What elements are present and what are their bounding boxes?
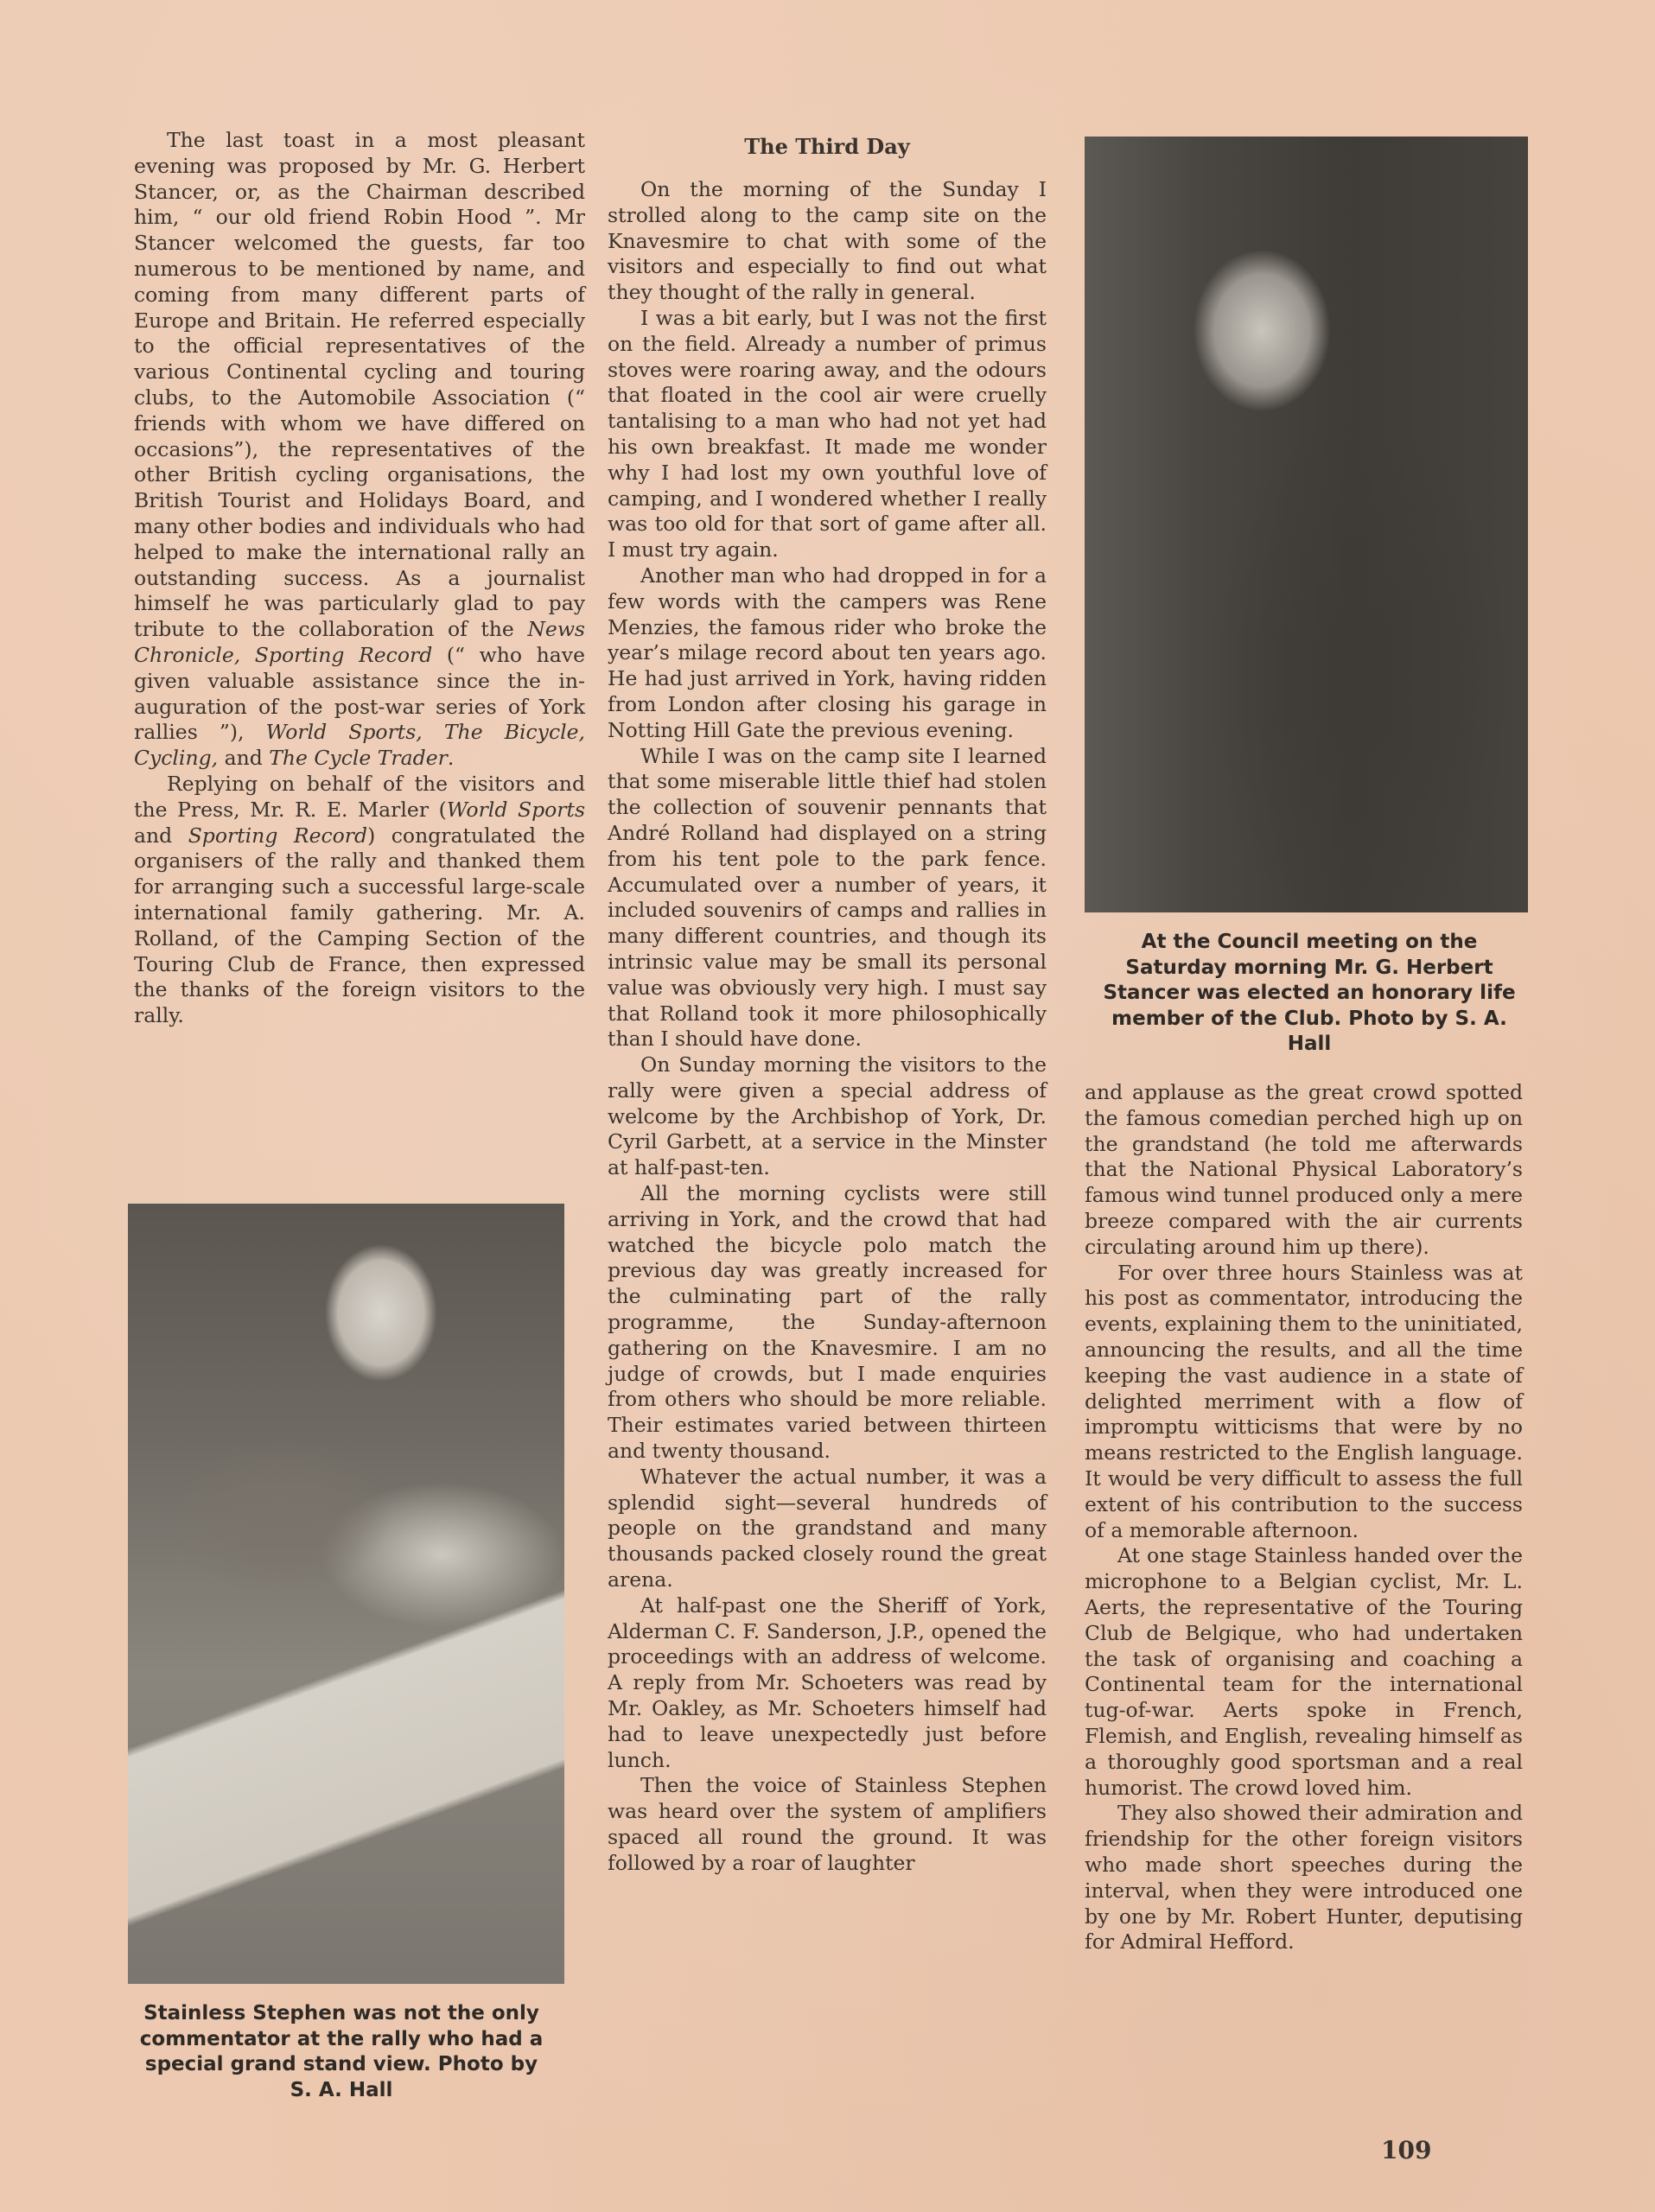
section-heading: The Third Day <box>608 134 1047 160</box>
paragraph-continued: and applause as the great crowd spotted … <box>1085 1080 1523 1261</box>
paragraph: All the morning cyclists were still arri… <box>608 1181 1047 1465</box>
paragraph: At half-past one the Sheriff of York, Al… <box>608 1593 1047 1774</box>
left-column: The last toast in a most pleasant evenin… <box>134 128 585 1029</box>
photo-herbert-stancer <box>1085 137 1528 912</box>
paragraph: Whatever the actual number, it was a spl… <box>608 1465 1047 1593</box>
paragraph: Then the voice of Stainless Stephen was … <box>608 1773 1047 1876</box>
paragraph: On Sunday morning the visitors to the ra… <box>608 1052 1047 1181</box>
paragraph: On the morning of the Sunday I strolled … <box>608 177 1047 306</box>
paragraph-replying: Replying on behalf of the visitors and t… <box>134 772 585 1029</box>
paragraph: While I was on the camp site I learned t… <box>608 744 1047 1053</box>
photo-caption-right: At the Council meeting on the Saturday m… <box>1098 930 1521 1058</box>
paragraph-text: and <box>134 823 188 848</box>
paragraph: For over three hours Stainless was at hi… <box>1085 1261 1523 1544</box>
paragraph-text: ) <box>367 823 391 848</box>
italic-publication: The Cycle Trader <box>269 746 448 770</box>
paragraph: At one stage Stainless handed over the m… <box>1085 1543 1523 1801</box>
paragraph-text: The last toast in a most pleasant evenin… <box>134 128 585 641</box>
paragraph-last-toast: The last toast in a most pleasant evenin… <box>134 128 585 772</box>
italic-publication: Sporting Record <box>188 823 367 848</box>
middle-column: On the morning of the Sunday I strolled … <box>608 177 1047 1877</box>
paragraph: They also showed their admiration and fr… <box>1085 1801 1523 1955</box>
photo-caption-left: Stainless Stephen was not the only comme… <box>138 2001 544 2103</box>
photo-boy-on-bicycle <box>128 1204 564 1984</box>
paragraph-text: congratulated the organisers of the rall… <box>134 823 585 1028</box>
paragraph-text: and <box>218 746 269 770</box>
paragraph-text: . <box>448 746 454 770</box>
paragraph: Another man who had dropped in for a few… <box>608 563 1047 744</box>
paragraph: I was a bit early, but I was not the fir… <box>608 306 1047 563</box>
page-number: 109 <box>1381 2136 1431 2164</box>
italic-publication: World Sports <box>447 798 585 822</box>
right-column: and applause as the great crowd spotted … <box>1085 1080 1523 1955</box>
